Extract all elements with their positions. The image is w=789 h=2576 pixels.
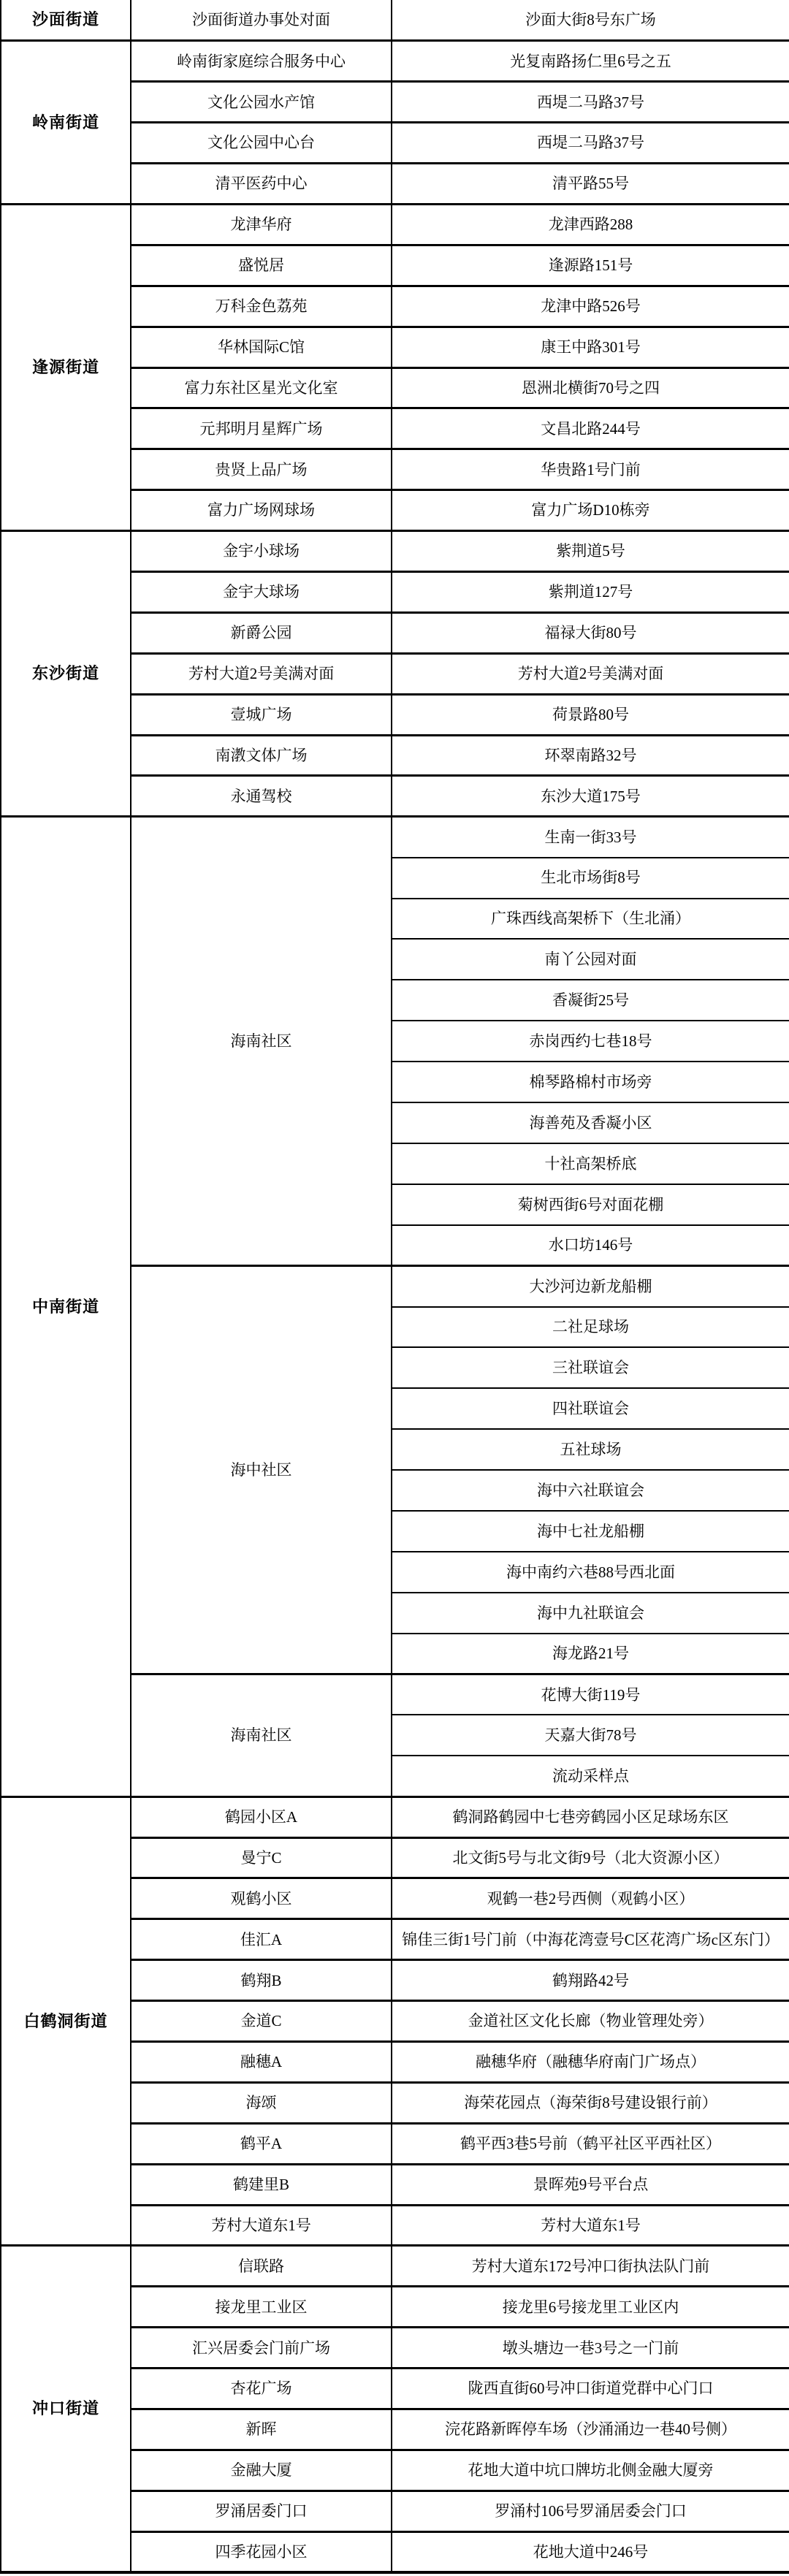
address-cell: 四社联谊会 (392, 1388, 789, 1429)
location-cell: 鹤平A (131, 2123, 392, 2164)
address-cell: 融穗华府（融穗华府南门广场点） (392, 2042, 789, 2083)
address-cell: 鹤翔路42号 (392, 1960, 789, 2001)
address-cell: 紫荆道5号 (392, 531, 789, 572)
location-cell: 金道C (131, 2001, 392, 2042)
address-cell: 陇西直街60号冲口街道党群中心门口 (392, 2369, 789, 2409)
address-cell: 花地大道中246号 (392, 2531, 789, 2572)
address-cell: 福禄大街80号 (392, 612, 789, 653)
address-cell: 五社球场 (392, 1429, 789, 1470)
address-cell: 花地大道中坑口牌坊北侧金融大厦旁 (392, 2450, 789, 2491)
address-cell: 南丫公园对面 (392, 939, 789, 980)
address-cell: 龙津西路288 (392, 204, 789, 245)
address-cell: 光复南路扬仁里6号之五 (392, 41, 789, 82)
location-cell: 四季花园小区 (131, 2531, 392, 2572)
address-cell: 芳村大道东1号 (392, 2205, 789, 2246)
address-cell: 接龙里6号接龙里工业区内 (392, 2287, 789, 2328)
location-cell: 富力广场网球场 (131, 490, 392, 531)
location-cell: 金融大厦 (131, 2450, 392, 2491)
address-cell: 花博大街119号 (392, 1674, 789, 1715)
location-cell: 元邦明月星辉广场 (131, 408, 392, 449)
location-cell: 佳汇A (131, 1919, 392, 1960)
location-cell: 鹤翔B (131, 1960, 392, 2001)
location-cell: 新晖 (131, 2409, 392, 2450)
address-cell: 恩洲北横街70号之四 (392, 367, 789, 408)
address-cell: 鹤平西3巷5号前（鹤平社区平西社区） (392, 2123, 789, 2164)
address-cell: 罗涌村106号罗涌居委会门口 (392, 2491, 789, 2531)
location-cell: 文化公园水产馆 (131, 82, 392, 123)
location-cell: 鹤建里B (131, 2164, 392, 2205)
street-cell: 中南街道 (1, 817, 131, 1796)
address-cell: 海善苑及香凝小区 (392, 1102, 789, 1143)
address-cell: 华贵路1号门前 (392, 449, 789, 490)
table-body: 沙面街道沙面街道办事处对面沙面大街8号东广场岭南街道岭南街家庭综合服务中心光复南… (1, 0, 789, 2572)
address-cell: 观鹤一巷2号西侧（观鹤小区） (392, 1878, 789, 1919)
address-cell: 天嘉大街78号 (392, 1715, 789, 1756)
table-row: 东沙街道金宇小球场紫荆道5号 (1, 531, 789, 572)
location-cell: 永通驾校 (131, 776, 392, 817)
location-cell: 海颂 (131, 2082, 392, 2123)
address-cell: 海中六社联谊会 (392, 1470, 789, 1511)
table-row: 逢源街道龙津华府龙津西路288 (1, 204, 789, 245)
location-cell: 清平医药中心 (131, 164, 392, 205)
address-cell: 浣花路新晖停车场（沙涌涌边一巷40号侧） (392, 2409, 789, 2450)
address-cell: 环翠南路32号 (392, 735, 789, 776)
table-row: 沙面街道沙面街道办事处对面沙面大街8号东广场 (1, 0, 789, 41)
location-cell: 富力东社区星光文化室 (131, 367, 392, 408)
location-cell: 万科金色荔苑 (131, 286, 392, 327)
location-cell: 华林国际C馆 (131, 327, 392, 367)
address-cell: 海中南约六巷88号西北面 (392, 1552, 789, 1593)
address-cell: 大沙河边新龙船棚 (392, 1266, 789, 1307)
address-cell: 三社联谊会 (392, 1347, 789, 1388)
location-cell: 观鹤小区 (131, 1878, 392, 1919)
address-cell: 菊树西街6号对面花棚 (392, 1184, 789, 1225)
address-cell: 墩头塘边一巷3号之一门前 (392, 2328, 789, 2369)
address-cell: 广珠西线高架桥下（生北涌） (392, 899, 789, 940)
address-cell: 沙面大街8号东广场 (392, 0, 789, 41)
address-cell: 香凝街25号 (392, 980, 789, 1021)
address-cell: 海荣花园点（海荣街8号建设银行前） (392, 2082, 789, 2123)
location-cell: 岭南街家庭综合服务中心 (131, 41, 392, 82)
address-cell: 十社高架桥底 (392, 1143, 789, 1184)
location-cell: 沙面街道办事处对面 (131, 0, 392, 41)
location-cell: 海中社区 (131, 1266, 392, 1674)
address-cell: 荷景路80号 (392, 694, 789, 735)
location-cell: 文化公园中心台 (131, 123, 392, 164)
address-cell: 龙津中路526号 (392, 286, 789, 327)
location-cell: 盛悦居 (131, 245, 392, 286)
address-cell: 西堤二马路37号 (392, 82, 789, 123)
address-cell: 生北市场街8号 (392, 858, 789, 899)
address-cell: 景晖苑9号平台点 (392, 2164, 789, 2205)
location-cell: 曼宁C (131, 1837, 392, 1878)
sampling-points-table: 沙面街道沙面街道办事处对面沙面大街8号东广场岭南街道岭南街家庭综合服务中心光复南… (0, 0, 789, 2574)
location-cell: 杏花广场 (131, 2369, 392, 2409)
street-cell: 冲口街道 (1, 2246, 131, 2572)
address-cell: 二社足球场 (392, 1307, 789, 1348)
address-cell: 芳村大道2号美满对面 (392, 653, 789, 694)
table-row: 白鹤洞街道鹤园小区A鹤洞路鹤园中七巷旁鹤园小区足球场东区 (1, 1796, 789, 1837)
address-cell: 西堤二马路37号 (392, 123, 789, 164)
address-cell: 锦佳三街1号门前（中海花湾壹号C区花湾广场c区东门） (392, 1919, 789, 1960)
address-cell: 紫荆道127号 (392, 571, 789, 612)
table-row: 岭南街道岭南街家庭综合服务中心光复南路扬仁里6号之五 (1, 41, 789, 82)
location-cell: 信联路 (131, 2246, 392, 2287)
address-cell: 棉琴路棉村市场旁 (392, 1062, 789, 1102)
table-row: 冲口街道信联路芳村大道东172号冲口街执法队门前 (1, 2246, 789, 2287)
street-cell: 沙面街道 (1, 0, 131, 41)
location-cell: 芳村大道东1号 (131, 2205, 392, 2246)
address-cell: 流动采样点 (392, 1756, 789, 1796)
street-cell: 逢源街道 (1, 204, 131, 530)
address-cell: 逢源路151号 (392, 245, 789, 286)
address-cell: 清平路55号 (392, 164, 789, 205)
address-cell: 生南一街33号 (392, 817, 789, 858)
location-cell: 接龙里工业区 (131, 2287, 392, 2328)
street-cell: 白鹤洞街道 (1, 1796, 131, 2246)
address-cell: 鹤洞路鹤园中七巷旁鹤园小区足球场东区 (392, 1796, 789, 1837)
location-cell: 鹤园小区A (131, 1796, 392, 1837)
location-cell: 金宇小球场 (131, 531, 392, 572)
address-cell: 芳村大道东172号冲口街执法队门前 (392, 2246, 789, 2287)
address-cell: 海中九社联谊会 (392, 1593, 789, 1634)
address-cell: 赤岗西约七巷18号 (392, 1021, 789, 1062)
address-cell: 北文街5号与北文街9号（北大资源小区） (392, 1837, 789, 1878)
address-cell: 康王中路301号 (392, 327, 789, 367)
location-cell: 金宇大球场 (131, 571, 392, 612)
location-cell: 壹城广场 (131, 694, 392, 735)
location-cell: 海南社区 (131, 1674, 392, 1797)
location-cell: 龙津华府 (131, 204, 392, 245)
address-cell: 海龙路21号 (392, 1634, 789, 1674)
address-cell: 海中七社龙船棚 (392, 1511, 789, 1552)
address-cell: 东沙大道175号 (392, 776, 789, 817)
address-cell: 文昌北路244号 (392, 408, 789, 449)
document-page: 沙面街道沙面街道办事处对面沙面大街8号东广场岭南街道岭南街家庭综合服务中心光复南… (0, 0, 789, 2576)
location-cell: 海南社区 (131, 817, 392, 1266)
location-cell: 南漖文体广场 (131, 735, 392, 776)
address-cell: 金道社区文化长廊（物业管理处旁） (392, 2001, 789, 2042)
table-row: 中南街道海南社区生南一街33号 (1, 817, 789, 858)
location-cell: 新爵公园 (131, 612, 392, 653)
location-cell: 芳村大道2号美满对面 (131, 653, 392, 694)
address-cell: 水口坊146号 (392, 1225, 789, 1266)
location-cell: 融穗A (131, 2042, 392, 2083)
street-cell: 东沙街道 (1, 531, 131, 817)
location-cell: 汇兴居委会门前广场 (131, 2328, 392, 2369)
address-cell: 富力广场D10栋旁 (392, 490, 789, 531)
location-cell: 贵贤上品广场 (131, 449, 392, 490)
location-cell: 罗涌居委门口 (131, 2491, 392, 2531)
street-cell: 岭南街道 (1, 41, 131, 205)
